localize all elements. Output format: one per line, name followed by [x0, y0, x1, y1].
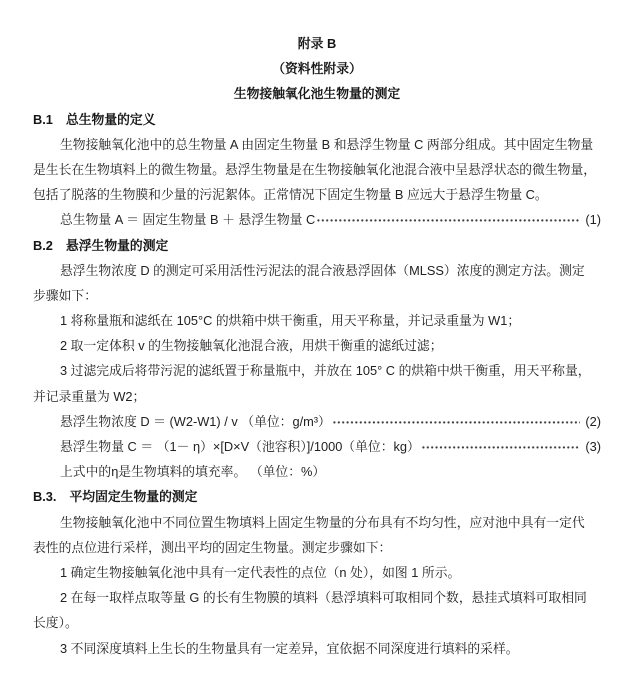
text-line: 2 在每一取样点取等量 G 的长有生物膜的填料（悬浮填料可取相同个数，悬挂式填料… [33, 585, 601, 610]
text-line: 包括了脱落的生物膜和少量的污泥絮体。正常情况下固定生物量 B 应远大于悬浮生物量… [33, 182, 601, 207]
section-number: B.3. [33, 489, 56, 504]
section-heading: B.3.平均固定生物量的测定 [33, 484, 601, 509]
section-heading: B.2悬浮生物量的测定 [33, 233, 601, 258]
section-number: B.1 [33, 112, 53, 127]
document-body: 附录 B（资料性附录）生物接触氧化池生物量的测定B.1总生物量的定义生物接触氧化… [33, 31, 601, 661]
equation-text: 悬浮生物量 C ＝ （1－ η）×[D×V（池容积）]/1000（单位：kg） [60, 434, 420, 459]
text-line: 1 确定生物接触氧化池中具有一定代表性的点位（n 处），如图 1 所示。 [33, 560, 601, 585]
section-title: 悬浮生物量的测定 [66, 238, 168, 253]
equation-number: (1) [585, 207, 601, 232]
text-line: 是生长在生物填料上的微生物量。悬浮生物量是在生物接触氧化池混合液中呈悬浮状态的微… [33, 157, 601, 182]
text-line: 上式中的η是生物填料的填充率。 （单位：%） [33, 459, 601, 484]
text-line: 生物接触氧化池中的总生物量 A 由固定生物量 B 和悬浮生物量 C 两部分组成。… [33, 132, 601, 157]
document-title-line: （资料性附录） [33, 56, 601, 81]
text-line: 2 取一定体积 v 的生物接触氧化池混合液，用烘干衡重的滤纸过滤； [33, 333, 601, 358]
equation-text: 悬浮生物浓度 D ＝ (W2-W1) / v （单位：g/m³） [60, 409, 331, 434]
dot-leader [317, 219, 580, 222]
equation-number: (2) [585, 409, 601, 434]
document-title-line: 生物接触氧化池生物量的测定 [33, 81, 601, 106]
dot-leader [422, 446, 581, 449]
text-line: 生物接触氧化池中不同位置生物填料上固定生物量的分布具有不均匀性，应对池中具有一定… [33, 510, 601, 535]
equation-text: 总生物量 A ＝ 固定生物量 B ＋ 悬浮生物量 C [60, 207, 315, 232]
section-title: 平均固定生物量的测定 [69, 489, 197, 504]
equation-line: 悬浮生物量 C ＝ （1－ η）×[D×V（池容积）]/1000（单位：kg）(… [33, 434, 601, 459]
document-title-line: 附录 B [33, 31, 601, 56]
text-line: 表性的点位进行采样，测出平均的固定生物量。测定步骤如下： [33, 535, 601, 560]
text-line: 并记录重量为 W2； [33, 384, 601, 409]
section-title: 总生物量的定义 [66, 112, 156, 127]
text-line: 长度）。 [33, 610, 601, 635]
text-line: 1 将称量瓶和滤纸在 105°C 的烘箱中烘干衡重，用天平称量，并记录重量为 W… [33, 308, 601, 333]
equation-number: (3) [585, 434, 601, 459]
text-line: 3 过滤完成后将带污泥的滤纸置于称量瓶中，并放在 105° C 的烘箱中烘干衡重… [33, 358, 601, 383]
section-number: B.2 [33, 238, 53, 253]
document-page: 附录 B（资料性附录）生物接触氧化池生物量的测定B.1总生物量的定义生物接触氧化… [0, 0, 632, 695]
equation-line: 总生物量 A ＝ 固定生物量 B ＋ 悬浮生物量 C(1) [33, 207, 601, 232]
text-line: 悬浮生物浓度 D 的测定可采用活性污泥法的混合液悬浮固体（MLSS）浓度的测定方… [33, 258, 601, 283]
text-line: 步骤如下： [33, 283, 601, 308]
dot-leader [333, 421, 581, 424]
section-heading: B.1总生物量的定义 [33, 107, 601, 132]
text-line: 3 不同深度填料上生长的生物量具有一定差异，宜依据不同深度进行填料的采样。 [33, 636, 601, 661]
equation-line: 悬浮生物浓度 D ＝ (W2-W1) / v （单位：g/m³）(2) [33, 409, 601, 434]
